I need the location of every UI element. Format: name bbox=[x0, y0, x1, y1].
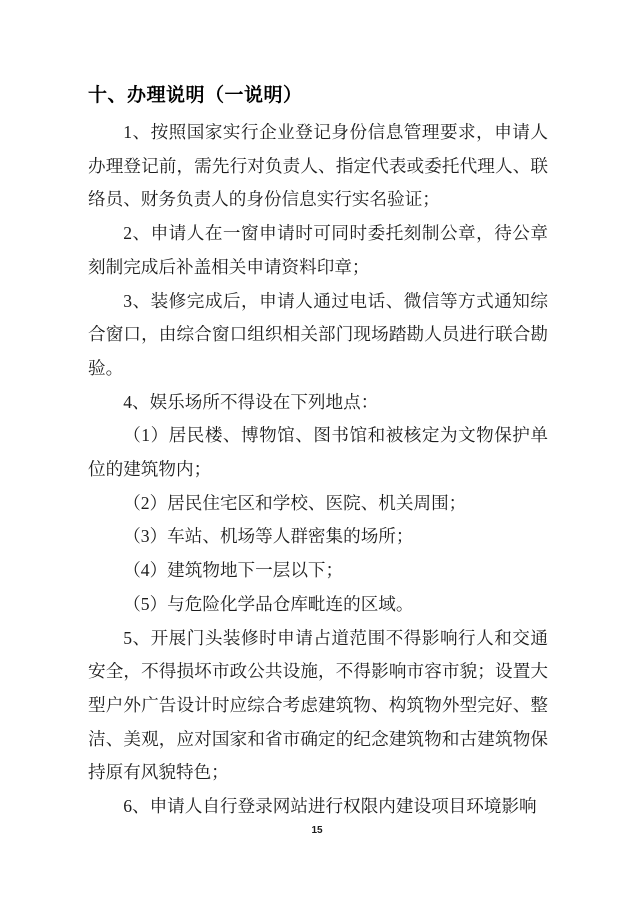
paragraph: 5、开展门头装修时申请占道范围不得影响行人和交通安全，不得损坏市政公共设施，不得… bbox=[88, 622, 548, 791]
paragraph: （3）车站、机场等人群密集的场所； bbox=[88, 520, 548, 554]
page-footer: 15 bbox=[0, 820, 634, 838]
paragraph: 3、装修完成后，申请人通过电话、微信等方式通知综合窗口，由综合窗口组织相关部门现… bbox=[88, 285, 548, 386]
paragraph: 1、按照国家实行企业登记身份信息管理要求，申请人办理登记前，需先行对负责人、指定… bbox=[88, 116, 548, 217]
paragraph-list: 1、按照国家实行企业登记身份信息管理要求，申请人办理登记前，需先行对负责人、指定… bbox=[88, 116, 548, 824]
document-page: 十、办理说明（一说明） 1、按照国家实行企业登记身份信息管理要求，申请人办理登记… bbox=[0, 0, 634, 898]
paragraph: （5）与危险化学品仓库毗连的区域。 bbox=[88, 588, 548, 622]
paragraph: 4、娱乐场所不得设在下列地点： bbox=[88, 386, 548, 420]
paragraph: （2）居民住宅区和学校、医院、机关周围； bbox=[88, 487, 548, 521]
section-heading: 十、办理说明（一说明） bbox=[88, 82, 548, 110]
paragraph: （1）居民楼、博物馆、图书馆和被核定为文物保护单位的建筑物内； bbox=[88, 419, 548, 486]
paragraph: （4）建筑物地下一层以下； bbox=[88, 554, 548, 588]
page-number: 15 bbox=[311, 825, 322, 836]
paragraph: 2、申请人在一窗申请时可同时委托刻制公章，待公章刻制完成后补盖相关申请资料印章； bbox=[88, 217, 548, 284]
paragraph: 6、申请人自行登录网站进行权限内建设项目环境影响 bbox=[88, 790, 548, 824]
document-content: 十、办理说明（一说明） 1、按照国家实行企业登记身份信息管理要求，申请人办理登记… bbox=[88, 82, 548, 824]
